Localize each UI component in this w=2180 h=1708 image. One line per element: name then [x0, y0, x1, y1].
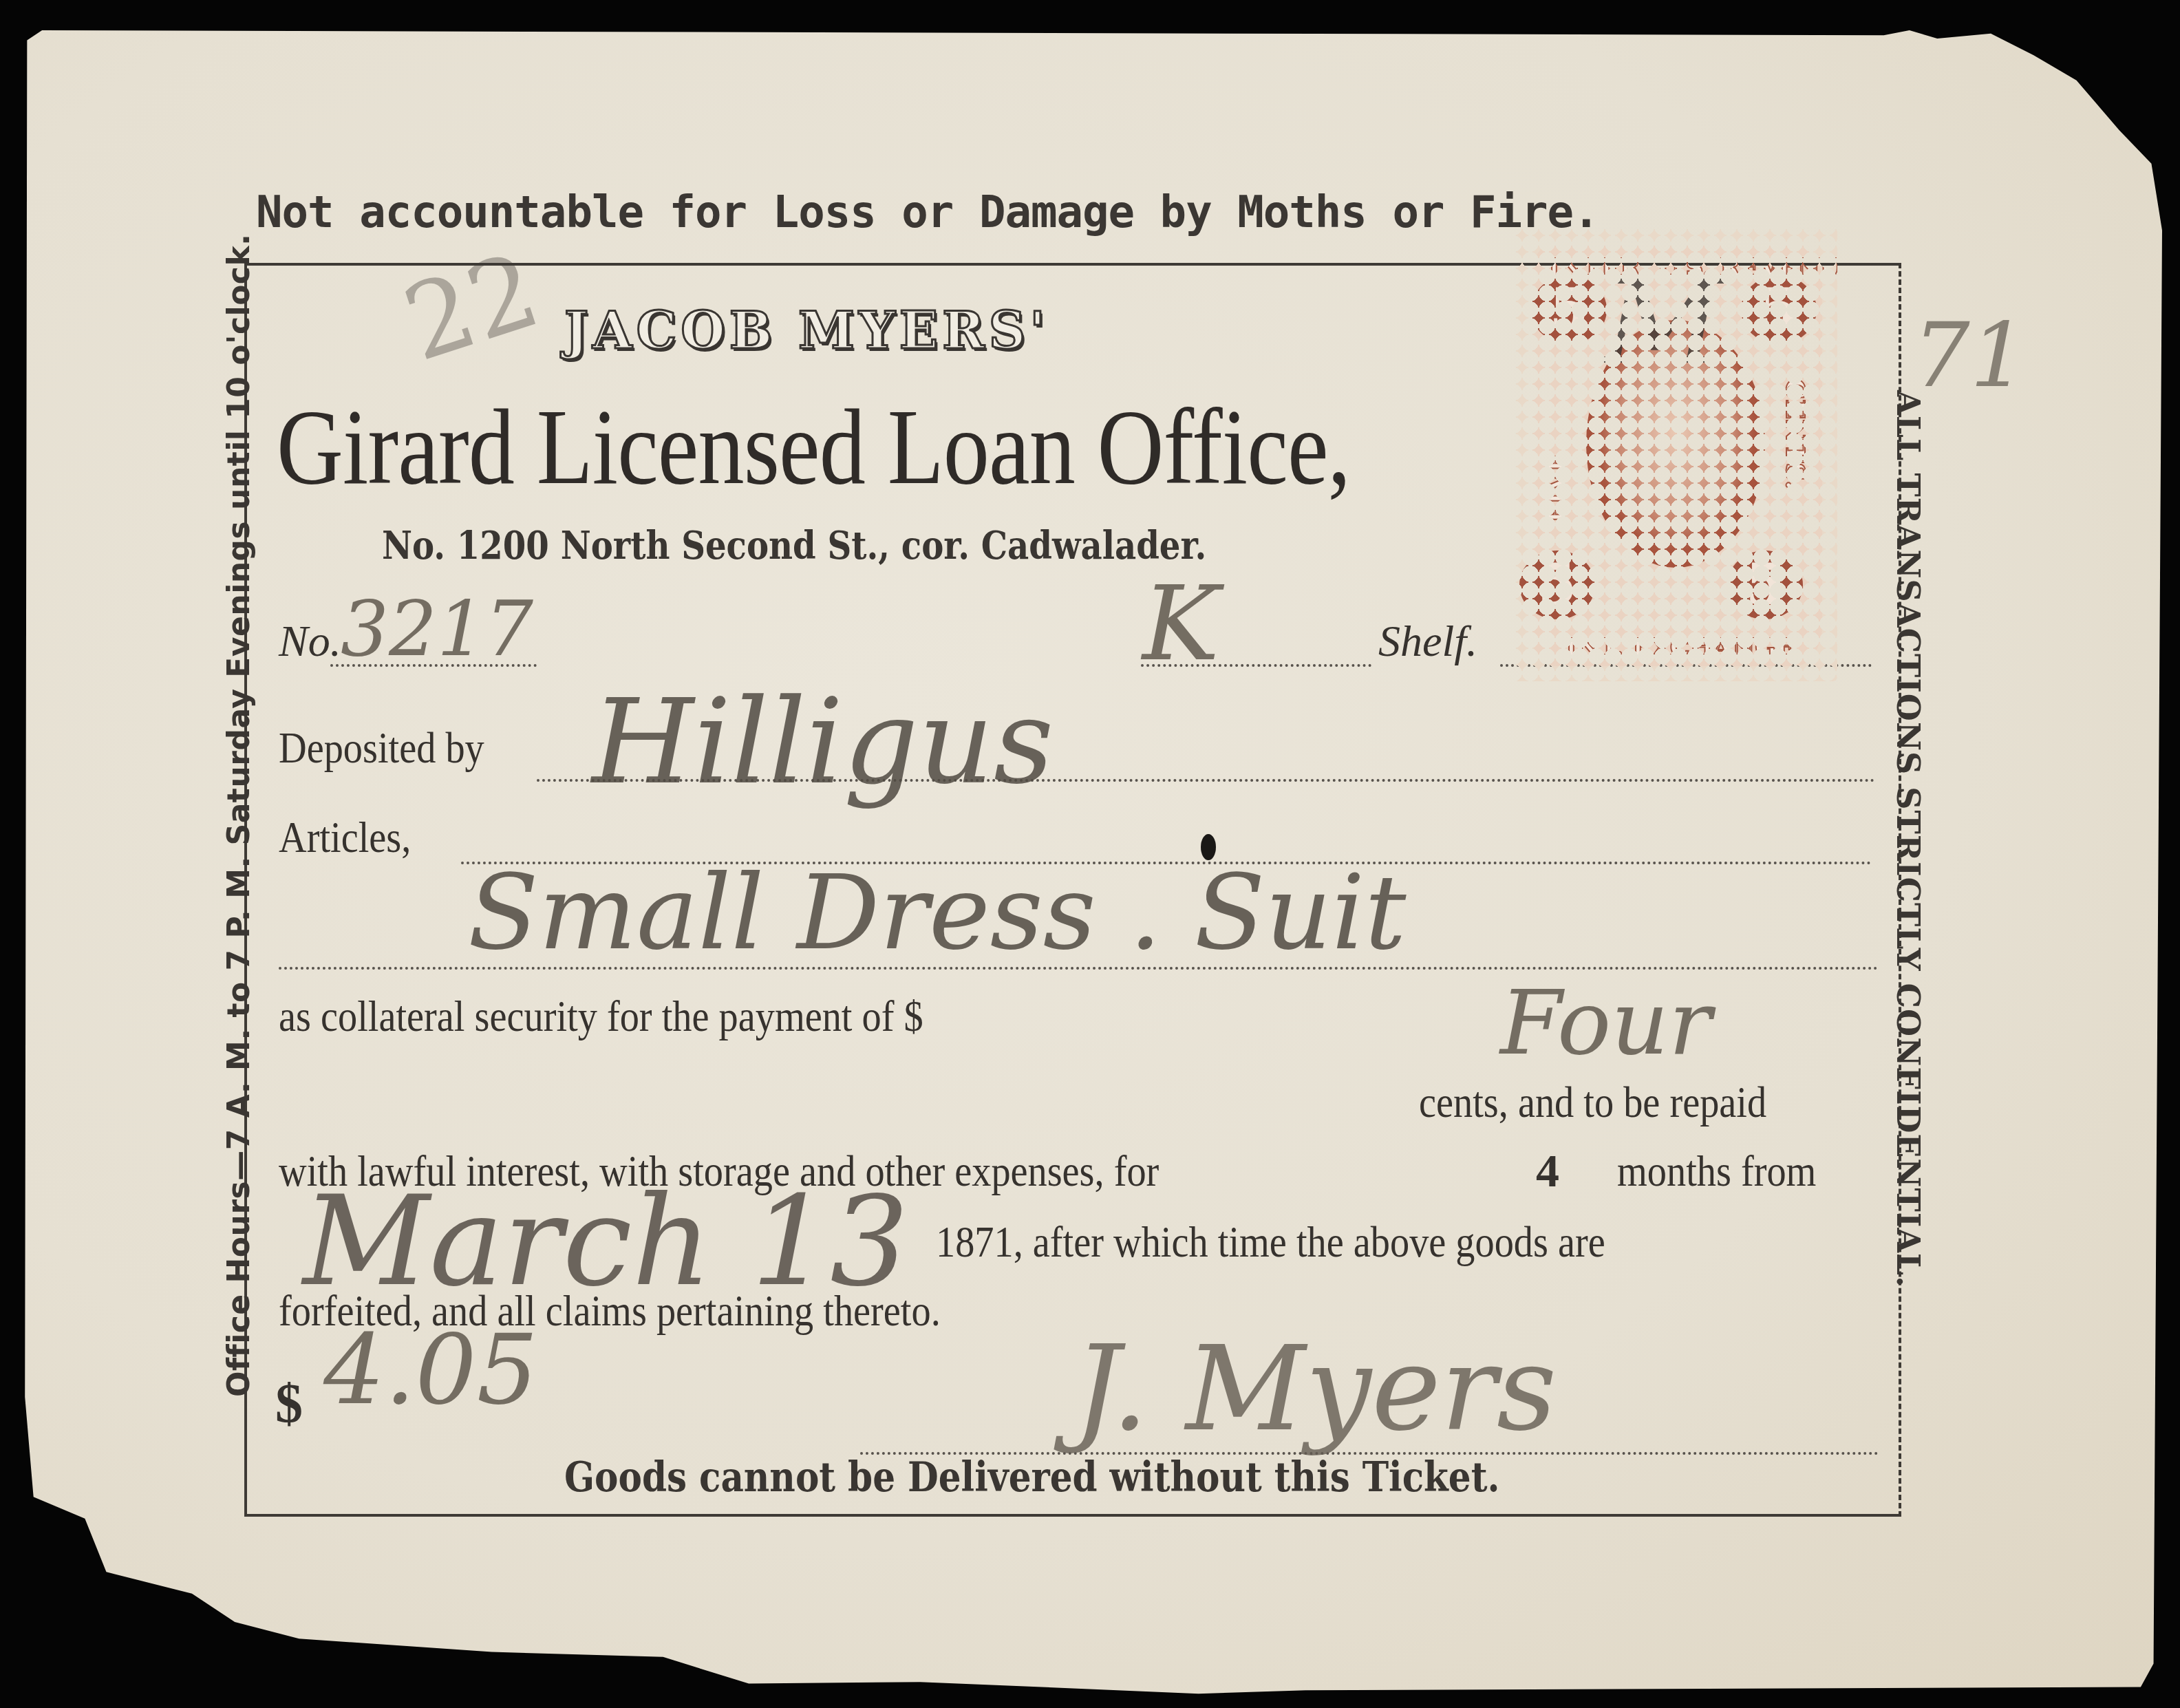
signature: J. Myers — [1073, 1321, 1557, 1458]
deposited-by-label: Deposited by — [279, 723, 484, 773]
articles-label: Articles, — [279, 812, 411, 863]
number-label: No. — [279, 616, 341, 667]
stamp-bottom-text: INT. EXCHANGE — [1565, 633, 1795, 662]
stamp-cancel-year: 71 — [1913, 303, 2027, 407]
amount-words: Four — [1500, 970, 1711, 1075]
revenue-stamp: INTER. U.S. REVENUE. INT. EXCHANGE FIVE … — [1514, 227, 1837, 681]
ticket-number: 3217 — [341, 585, 533, 673]
business-address: No. 1200 North Second St., cor. Cadwalad… — [382, 523, 1206, 568]
stamp-denomination-br: 5 — [1727, 551, 1803, 619]
confidential-text: ALL TRANSACTIONS STRICTLY CONFIDENTIAL. — [1890, 390, 1927, 1288]
cents-text: cents, and to be repaid — [1419, 1077, 1766, 1128]
interest-text-b: months from — [1617, 1146, 1816, 1197]
articles-value: Small Dress . Suit — [468, 853, 1406, 973]
dollar-sign: $ — [275, 1373, 303, 1435]
stamp-cancel-mark: M — [1603, 255, 1723, 391]
stamp-left-text: FIVE — [1540, 452, 1571, 523]
total-amount: 4.05 — [323, 1314, 538, 1427]
depositor-name: Hilligus — [592, 674, 1054, 811]
business-name: Girard Licensed Loan Office, — [277, 385, 1350, 509]
stamp-denomination-tr: 5 — [1741, 275, 1817, 344]
stamp-denomination-bl: 5 — [1519, 551, 1595, 619]
footer-notice: Goods cannot be Delivered without this T… — [564, 1453, 1499, 1502]
header-notice: Not accountable for Loss or Damage by Mo… — [256, 187, 1550, 238]
office-hours-text: Office Hours—7 A. M. to 7 P. M. Saturday… — [222, 234, 257, 1397]
stamp-right-text: CENTS. — [1780, 378, 1811, 490]
months-value: 4 — [1536, 1144, 1559, 1198]
ink-blot — [1201, 834, 1216, 860]
shelf-label: Shelf. — [1378, 616, 1477, 667]
year-text: 1871, after which time the above goods a… — [936, 1217, 1605, 1268]
security-text: as collateral security for the payment o… — [279, 991, 923, 1042]
stamp-denomination-tl: 5 — [1531, 275, 1607, 344]
proprietor-name: JACOB MYERS' — [564, 301, 1049, 361]
shelf-value: K — [1142, 564, 1219, 684]
